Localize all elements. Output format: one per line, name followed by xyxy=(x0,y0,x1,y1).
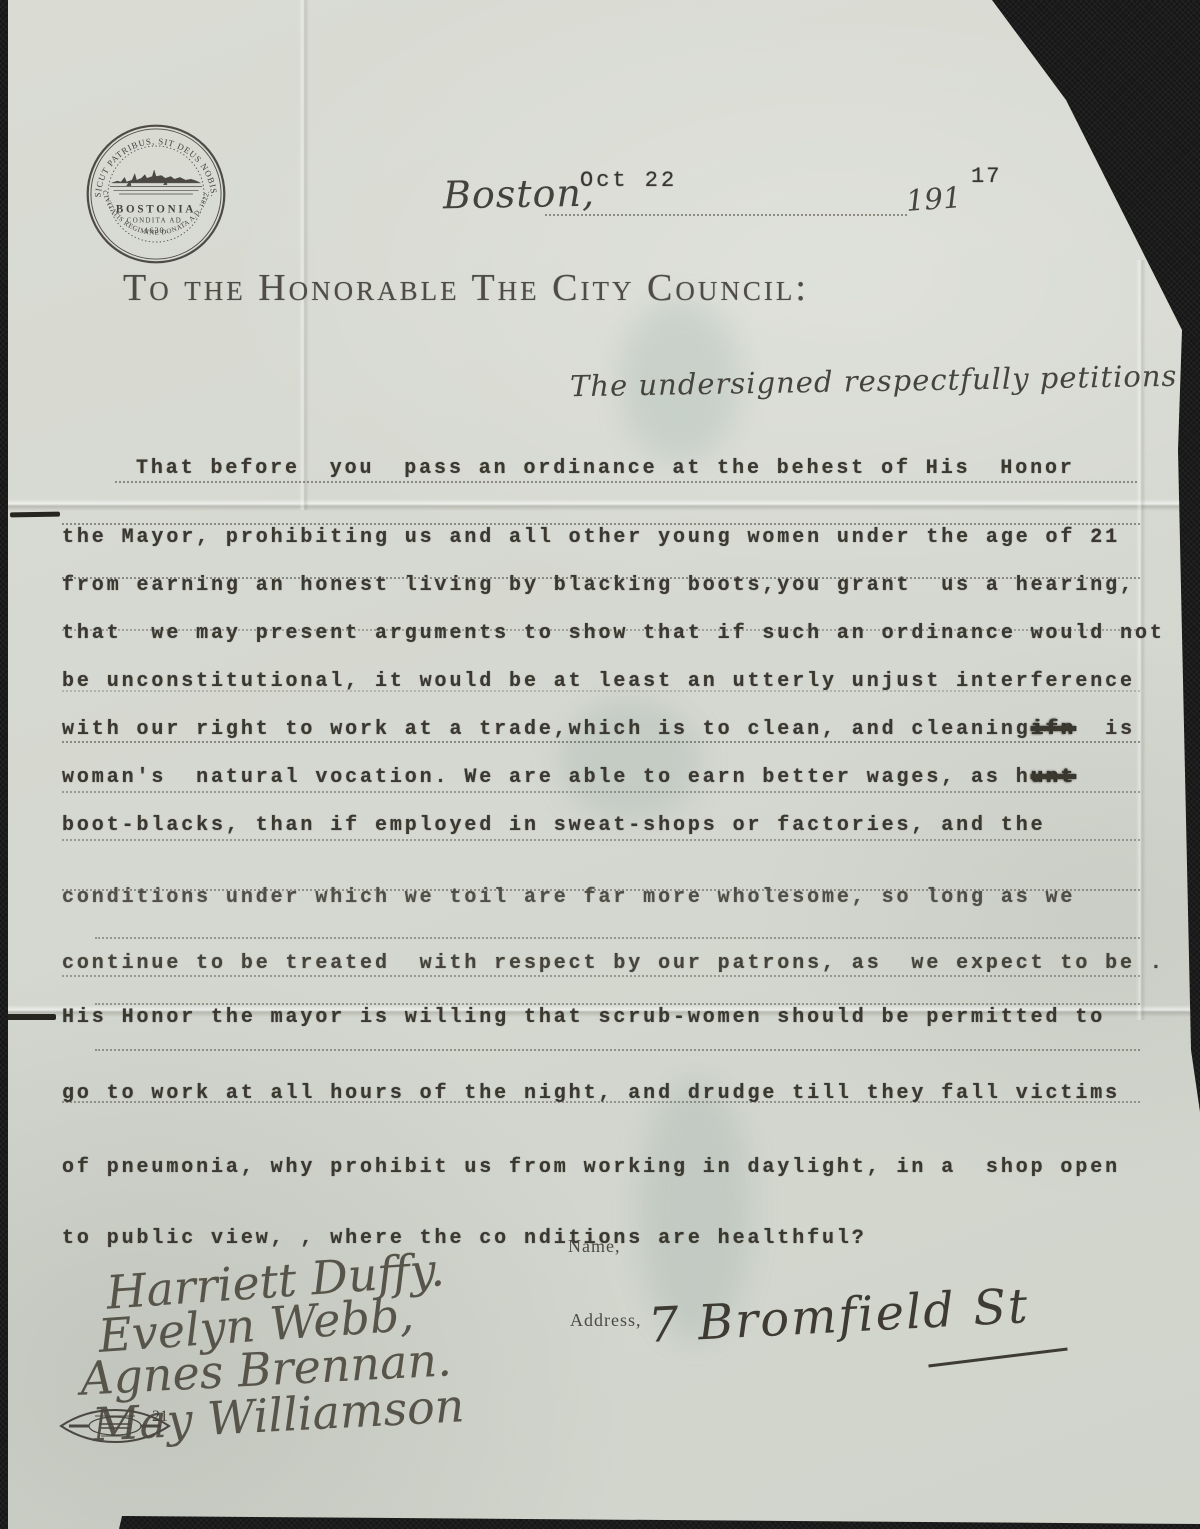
form-rule xyxy=(62,791,1140,793)
fold-crease xyxy=(299,0,309,510)
fold-shadow-mark xyxy=(0,1014,56,1020)
typed-line: go to work at all hours of the night, an… xyxy=(62,1082,1120,1105)
form-label-name: Name, xyxy=(568,1236,620,1257)
address-underline xyxy=(928,1347,1067,1367)
typed-line: to public view, , where the co nditions … xyxy=(62,1227,867,1250)
seal-center-condita: CONDITA AD. xyxy=(127,218,185,225)
svg-text:SICUT PATRIBUS, SIT DEUS NOBIS: SICUT PATRIBUS, SIT DEUS NOBIS. xyxy=(93,136,220,198)
fold-shadow-mark xyxy=(10,512,60,518)
typed-line: of pneumonia, why prohibit us from worki… xyxy=(62,1156,1120,1179)
form-rule xyxy=(115,481,1137,483)
typed-year-suffix: 17 xyxy=(971,164,1001,189)
struck-text: ifn xyxy=(1031,718,1076,741)
typed-line: the Mayor, prohibiting us and all other … xyxy=(62,526,1120,549)
date-rule xyxy=(545,214,907,216)
struck-text: unt xyxy=(1031,766,1076,789)
typed-line: with our right to work at a trade,which … xyxy=(62,718,1135,741)
form-rule xyxy=(95,1003,1140,1005)
typed-line: conditions under which we toil are far m… xyxy=(62,886,1075,909)
typed-line: His Honor the mayor is willing that scru… xyxy=(62,1006,1105,1029)
union-bug-number: 21 xyxy=(152,1408,168,1426)
seal-center-year: 1630. xyxy=(144,226,167,235)
typed-line: from earning an honest living by blackin… xyxy=(62,574,1135,597)
form-rule xyxy=(95,1049,1140,1051)
seal-motto-top: SICUT PATRIBUS, SIT DEUS NOBIS. xyxy=(93,136,220,198)
typed-line: woman's natural vocation. We are able to… xyxy=(62,766,1075,789)
typed-line: continue to be treated with respect by o… xyxy=(62,952,1165,975)
form-rule xyxy=(62,741,1140,743)
salutation: To the Honorable The City Council: xyxy=(123,266,809,310)
form-rule xyxy=(95,937,1140,939)
typed-line: That before you pass an ordinance at the… xyxy=(136,457,1075,480)
form-rule xyxy=(62,523,1140,525)
form-rule xyxy=(62,839,1140,841)
typed-line: boot-blacks, than if employed in sweat-s… xyxy=(62,814,1046,837)
form-label-address: Address, xyxy=(570,1310,642,1331)
boston-city-seal-icon: SICUT PATRIBUS, SIT DEUS NOBIS. CIVITATI… xyxy=(84,122,228,266)
printed-year-prefix: 191 xyxy=(905,180,963,218)
typed-line: be unconstitutional, it would be at leas… xyxy=(62,670,1135,693)
seal-skyline-icon xyxy=(110,170,202,194)
seal-center-name: BOSTONIA xyxy=(116,203,196,215)
fold-crease xyxy=(0,499,1200,511)
typed-line: that we may present arguments to show th… xyxy=(62,622,1165,645)
typed-date: Oct 22 xyxy=(580,168,677,193)
form-rule xyxy=(62,975,1140,977)
scanned-document: SICUT PATRIBUS, SIT DEUS NOBIS. CIVITATI… xyxy=(0,0,1200,1529)
printed-city-name: Boston, xyxy=(443,171,596,218)
document-page: SICUT PATRIBUS, SIT DEUS NOBIS. CIVITATI… xyxy=(0,0,1200,1529)
